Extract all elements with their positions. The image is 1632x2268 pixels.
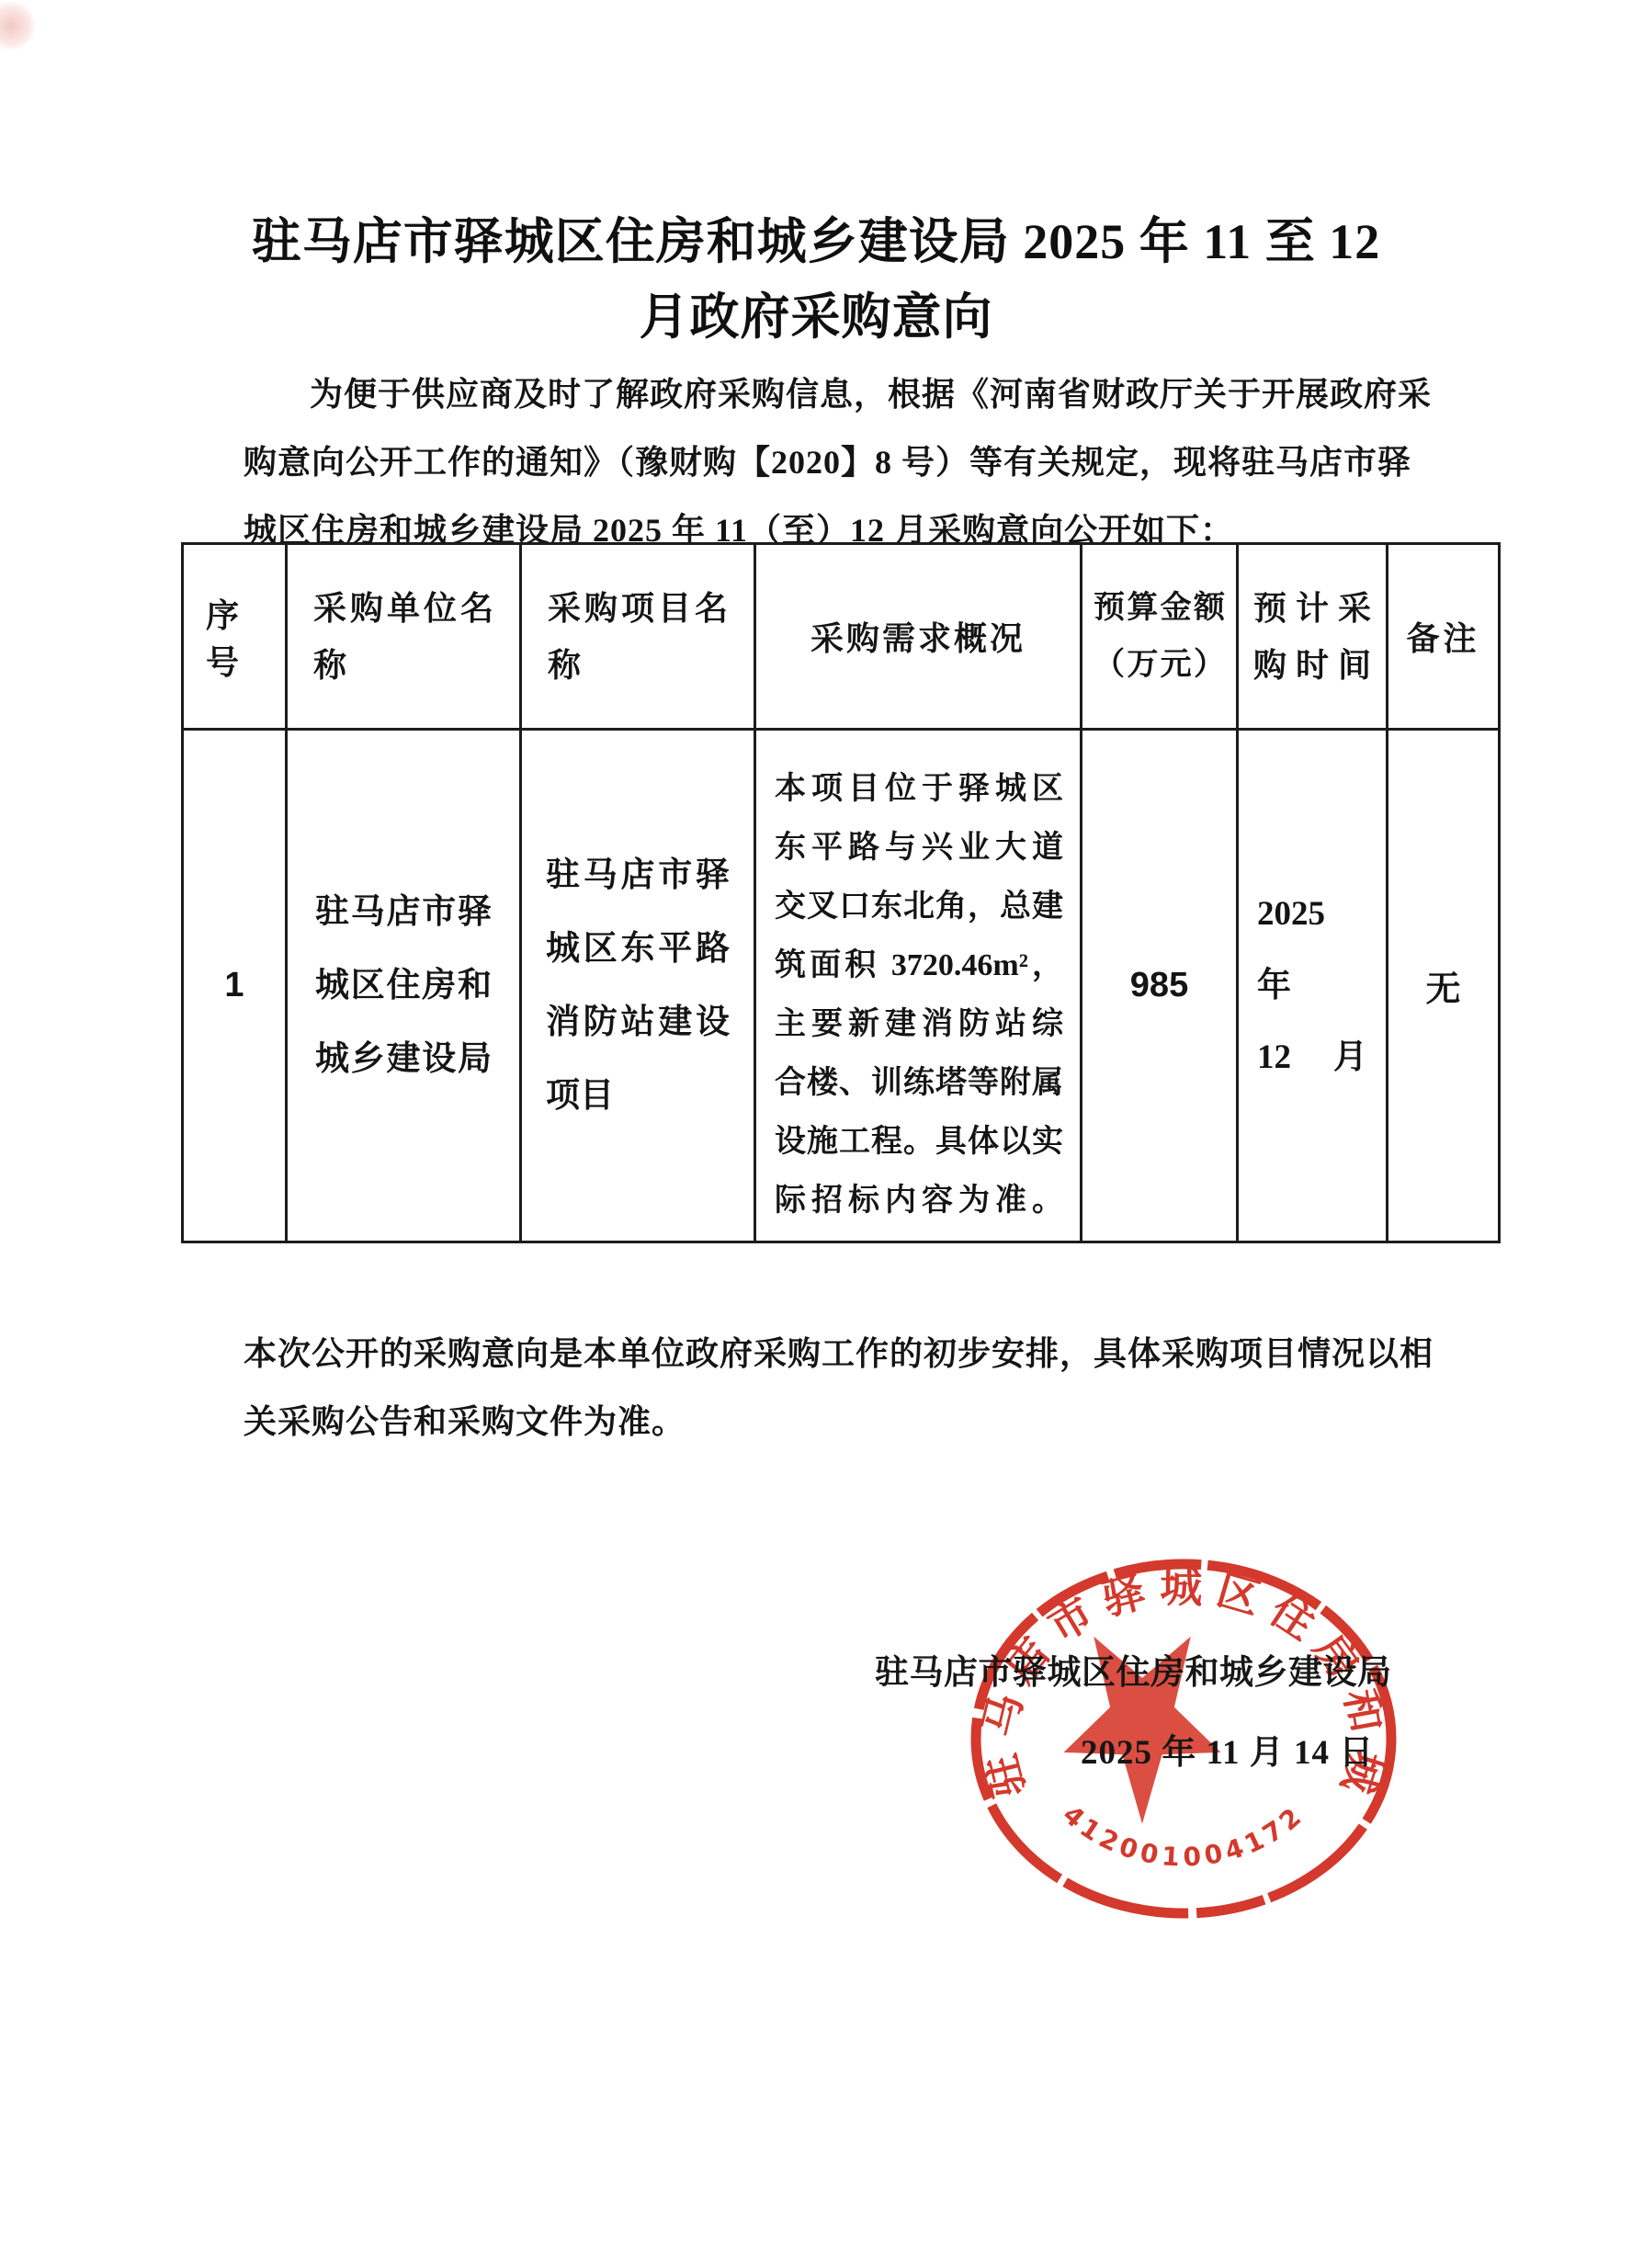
- project-name-line: 项目: [522, 1060, 754, 1133]
- intro-line-2: 购意向公开工作的通知》（豫财购【2020】8 号）等有关规定，现将驻马店市驿: [244, 428, 1479, 496]
- header-unit-name: 采购单位名 称: [287, 544, 521, 730]
- header-index: 序号: [183, 544, 287, 730]
- header-demand-overview: 采购需求概况: [755, 544, 1082, 730]
- project-name-line: 消防站建设: [522, 986, 754, 1060]
- project-name-line: 驻马店市驿: [522, 839, 754, 913]
- cell-budget: 985: [1082, 730, 1238, 1242]
- cell-purchase-time: 2025 年 12 月: [1238, 730, 1388, 1242]
- signature-org: 驻马店市驿城区住房和城乡建设局: [875, 1644, 1392, 1694]
- signature-date: 2025 年 11 月 14 日: [1081, 1724, 1374, 1774]
- table-header-row: 序号 采购单位名 称 采购项目名 称 采购需求概况 预算金额 （万元） 预计采 …: [183, 544, 1500, 730]
- procurement-table: 序号 采购单位名 称 采购项目名 称 采购需求概况 预算金额 （万元） 预计采 …: [181, 542, 1501, 1243]
- table-row: 1 驻马店市驿 城区住房和 城乡建设局 驻马店市驿 城区东平路 消防站建设 项目…: [183, 730, 1500, 1242]
- header-purchase-time: 预计采 购时间: [1238, 544, 1388, 730]
- scan-smudge: [0, 2, 35, 50]
- cell-unit-name: 驻马店市驿 城区住房和 城乡建设局: [287, 730, 521, 1242]
- closing-line-2: 关采购公告和采购文件为准。: [244, 1388, 1479, 1456]
- page-title: 驻马店市驿城区住房和城乡建设局 2025 年 11 至 12 月政府采购意向: [0, 204, 1632, 355]
- intro-paragraph: 为便于供应商及时了解政府采购信息，根据《河南省财政厅关于开展政府采 购意向公开工…: [244, 360, 1479, 564]
- header-budget: 预算金额 （万元）: [1082, 544, 1238, 730]
- cell-project-name: 驻马店市驿 城区东平路 消防站建设 项目: [521, 730, 755, 1242]
- closing-paragraph: 本次公开的采购意向是本单位政府采购工作的初步安排，具体采购项目情况以相 关采购公…: [244, 1320, 1479, 1456]
- intro-line-1: 为便于供应商及时了解政府采购信息，根据《河南省财政厅关于开展政府采: [244, 360, 1479, 428]
- header-project-name: 采购项目名 称: [521, 544, 755, 730]
- closing-line-1: 本次公开的采购意向是本单位政府采购工作的初步安排，具体采购项目情况以相: [244, 1320, 1479, 1388]
- cell-remark: 无: [1388, 730, 1500, 1242]
- cell-index: 1: [183, 730, 287, 1242]
- project-name-line: 城区东平路: [522, 913, 754, 986]
- header-remark: 备注: [1388, 544, 1500, 730]
- cell-demand-overview: 本项目位于驿城区 东平路与兴业大道 交叉口东北角，总建 筑面积 3720.46m…: [755, 730, 1082, 1242]
